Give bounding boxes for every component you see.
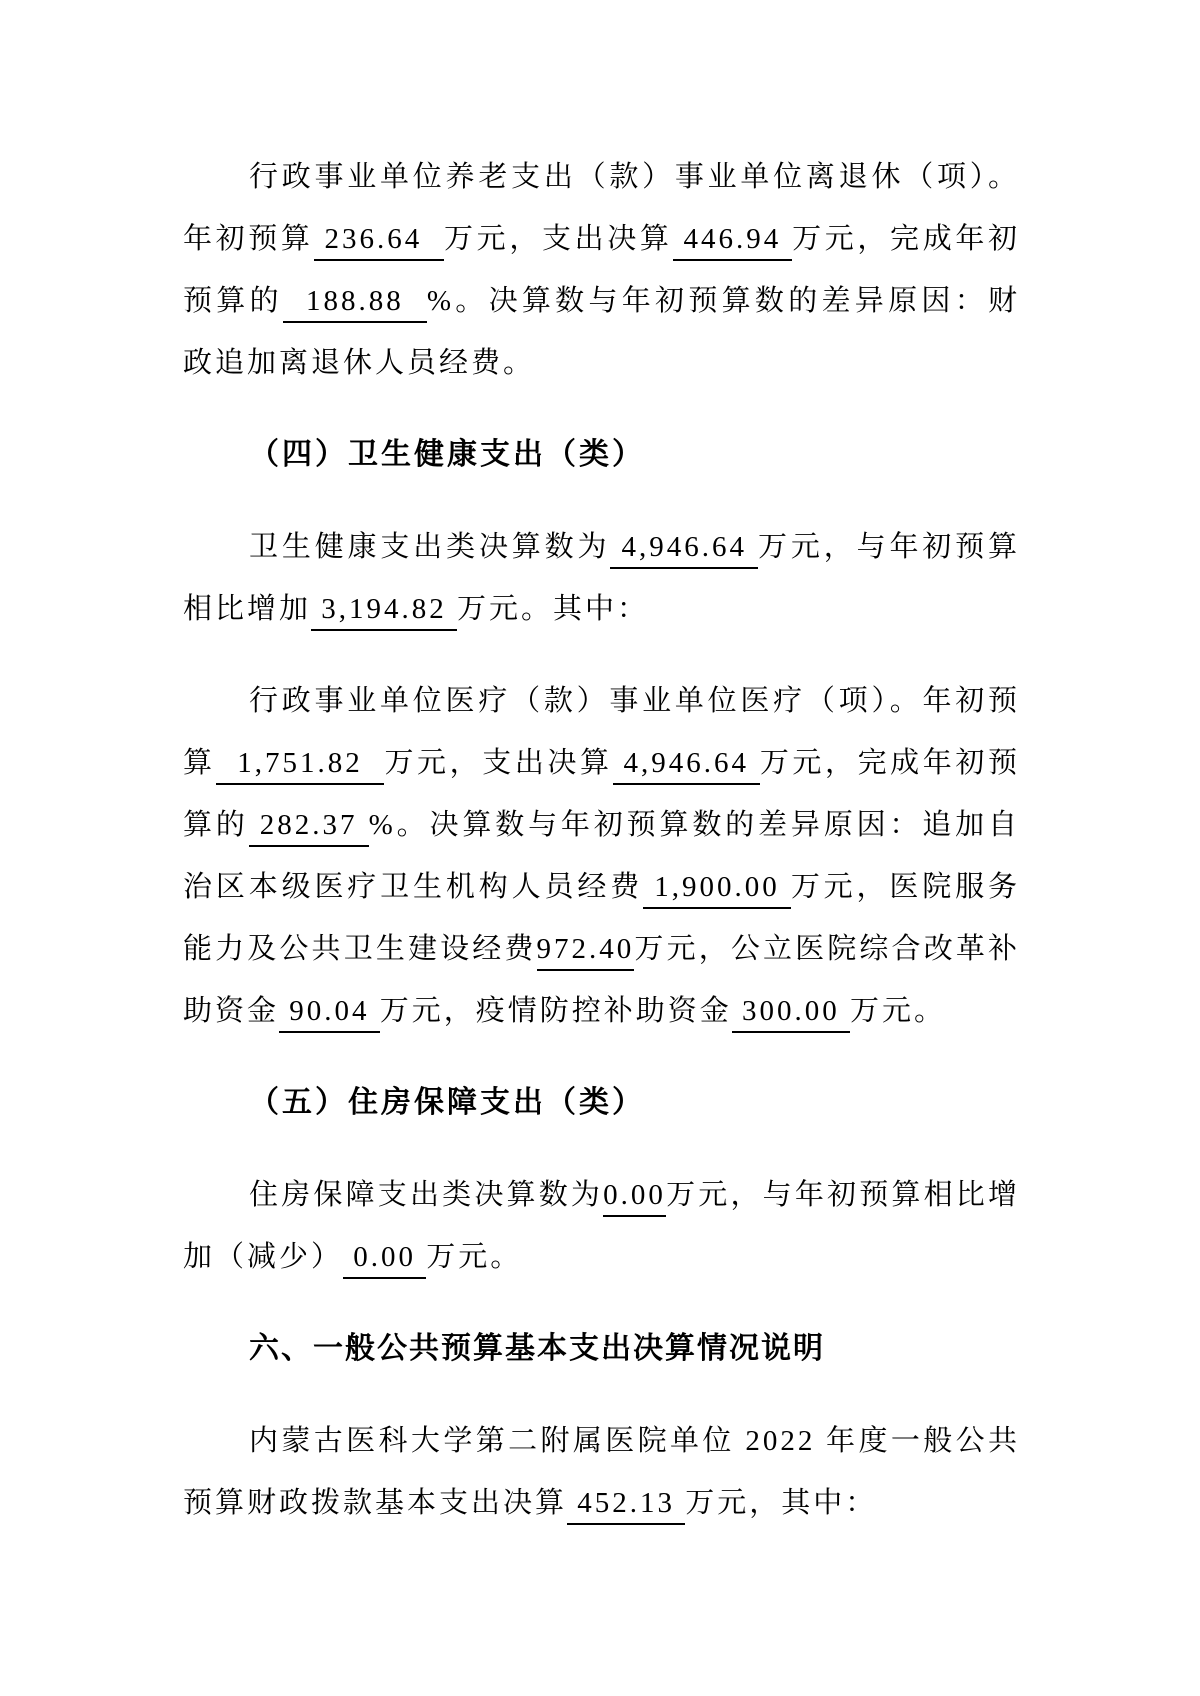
- underlined-value: 1,900.00: [643, 871, 791, 909]
- text-run: 卫生健康支出类决算数为: [249, 531, 610, 563]
- text-run: 万元。: [426, 1241, 522, 1273]
- heading-health-expenditure: （四）卫生健康支出（类）: [183, 424, 1020, 486]
- text-run: 万元，其中：: [685, 1487, 877, 1519]
- paragraph-medical-detail: 行政事业单位医疗（款）事业单位医疗（项）。年初预算 1,751.82 万元，支出…: [183, 670, 1020, 1042]
- underlined-value: 0.00: [603, 1179, 666, 1217]
- underlined-value: 188.88: [283, 285, 427, 323]
- underlined-value: 236.64: [314, 223, 444, 261]
- paragraph-pension-detail: 行政事业单位养老支出（款）事业单位离退休（项）。年初预算 236.64 万元，支…: [183, 146, 1020, 394]
- underlined-value: 446.94: [673, 223, 793, 261]
- underlined-value: 282.37: [249, 809, 369, 847]
- document-page: 行政事业单位养老支出（款）事业单位离退休（项）。年初预算 236.64 万元，支…: [0, 0, 1200, 1696]
- heading-housing-expenditure: （五）住房保障支出（类）: [183, 1072, 1020, 1134]
- text-run: 万元，疫情防控补助资金: [380, 995, 732, 1027]
- text-run: 万元，支出决算: [444, 223, 673, 255]
- document-viewport: { "page": { "background": "#ffffff", "te…: [0, 0, 1200, 1696]
- underlined-value: 300.00: [732, 995, 850, 1033]
- heading-basic-expenditure-section: 六、一般公共预算基本支出决算情况说明: [183, 1318, 1020, 1380]
- text-run: 住房保障支出类决算数为: [249, 1179, 603, 1211]
- paragraph-housing-total: 住房保障支出类决算数为0.00万元，与年初预算相比增加（减少） 0.00 万元。: [183, 1164, 1020, 1288]
- underlined-value: 972.40: [537, 933, 635, 971]
- underlined-value: 4,946.64: [613, 747, 760, 785]
- underlined-value: 3,194.82: [311, 593, 457, 631]
- underlined-value: 90.04: [279, 995, 380, 1033]
- text-run: 万元。其中：: [457, 593, 649, 625]
- underlined-value: 4,946.64: [610, 531, 758, 569]
- paragraph-basic-expenditure: 内蒙古医科大学第二附属医院单位 2022 年度一般公共预算财政拨款基本支出决算 …: [183, 1410, 1020, 1534]
- text-run: 万元。: [850, 995, 946, 1027]
- underlined-value: 452.13: [567, 1487, 685, 1525]
- text-run: 万元，支出决算: [384, 747, 612, 779]
- underlined-value: 0.00: [343, 1241, 426, 1279]
- paragraph-health-total: 卫生健康支出类决算数为 4,946.64 万元，与年初预算相比增加 3,194.…: [183, 516, 1020, 640]
- underlined-value: 1,751.82: [216, 747, 385, 785]
